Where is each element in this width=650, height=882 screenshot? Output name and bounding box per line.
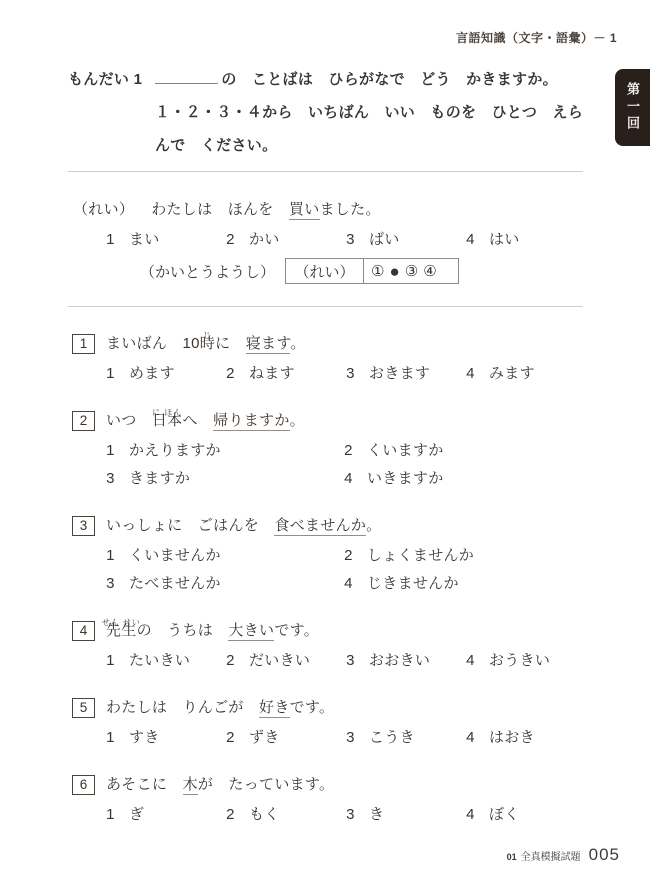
example-label: （れい）	[73, 199, 134, 220]
option-text: こうき	[369, 728, 415, 748]
question-options: 1たいきい2だいきい3おおきい4おうきい	[68, 651, 583, 671]
footer-section-label: 全真模擬試題	[521, 848, 581, 863]
option-text: ずき	[249, 728, 280, 748]
question-sentence: あそこに 木が たっています。	[106, 775, 334, 795]
question-options: 1ぎ2もく3き4ぼく	[68, 805, 583, 825]
option-number: 3	[345, 728, 356, 748]
text-segment: 日本に ほん	[152, 412, 183, 429]
question-sentence-row: 1 まいばん 10時じに 寝ます。	[68, 334, 583, 354]
question-sentence: わたしは りんごが 好きです。	[106, 698, 334, 718]
option-text: じきませんか	[367, 574, 459, 594]
underlined-term: 食べませんか	[274, 517, 366, 536]
answer-option-2: 2しょくませんか	[343, 546, 581, 566]
test-page: 言語知識（文字・語彙）－ 1 第一回 もんだい 1の ことばは ひらがなで どう…	[0, 0, 650, 882]
option-text: もく	[249, 805, 280, 825]
option-number: 2	[225, 230, 236, 250]
text-segment: いつ	[106, 412, 152, 429]
option-text: まい	[129, 230, 160, 250]
question-sentence-row: 5 わたしは りんごが 好きです。	[68, 698, 583, 718]
text-segment: あそこに	[106, 776, 183, 793]
answer-option-3: 3こうき	[345, 728, 465, 748]
footer-page-number: 005	[589, 845, 620, 865]
option-number: 4	[343, 574, 354, 594]
option-number: 1	[105, 364, 116, 384]
text-segment: わたしは ほんを	[151, 201, 289, 218]
option-text: ねます	[249, 364, 295, 384]
answer-option-1: 1めます	[105, 364, 225, 384]
option-text: すき	[129, 728, 160, 748]
option-number: 2	[343, 546, 354, 566]
answer-option-4: 4ぼく	[465, 805, 520, 825]
option-text: めます	[129, 364, 175, 384]
answer-sheet-row: （かいとうようし） （れい） ①●③④	[68, 258, 583, 284]
example-sentence-row: （れい） わたしは ほんを 買いました。	[68, 199, 583, 220]
option-text: しょくませんか	[367, 546, 474, 566]
option-text: かえりますか	[129, 441, 221, 461]
answer-option-2: 2ずき	[225, 728, 345, 748]
answer-sheet-marks: ①●③④	[364, 259, 458, 283]
option-number: 4	[343, 469, 354, 489]
underlined-term: 好き	[259, 699, 290, 718]
answer-option-3: 3き	[345, 805, 465, 825]
option-number: 1	[105, 546, 116, 566]
option-text: はおき	[489, 728, 535, 748]
text-segment: いっしょに ごはんを	[106, 517, 274, 534]
answer-mark: ①	[371, 264, 384, 279]
option-number: 3	[345, 651, 356, 671]
answer-mark: ④	[423, 264, 436, 279]
answer-option-3: 3おおきい	[345, 651, 465, 671]
option-number: 4	[465, 651, 476, 671]
answer-option-1: 1くいませんか	[105, 546, 343, 566]
question-block-1: 1 まいばん 10時じに 寝ます。 1めます2ねます3おきます4みます	[68, 334, 583, 384]
option-text: おきます	[369, 364, 430, 384]
furigana-label: せん せい	[102, 613, 141, 633]
option-text: おおきい	[369, 651, 430, 671]
furigana-label: に ほん	[152, 403, 182, 423]
example-block: （れい） わたしは ほんを 買いました。 1まい2かい3ばい4はい （かいとうよ…	[68, 199, 583, 284]
question-sentence-row: 4 先生せん せいの うちは 大きいです。	[68, 621, 583, 641]
option-number: 4	[465, 728, 476, 748]
answer-option-1: 1かえりますか	[105, 441, 343, 461]
text-segment: 。	[290, 335, 305, 352]
text-segment: へ	[183, 412, 214, 429]
answer-option-4: 4いきますか	[343, 469, 581, 489]
option-text: ぼく	[489, 805, 520, 825]
text-segment: です。	[290, 699, 335, 716]
page-content: もんだい 1の ことばは ひらがなで どう かきますか。 １・２・３・４から い…	[68, 63, 583, 852]
option-number: 3	[345, 364, 356, 384]
question-sentence: まいばん 10時じに 寝ます。	[106, 334, 306, 354]
question-block-2: 2 いつ 日本に ほんへ 帰りますか。 1かえりますか2くいますか3きますか4い…	[68, 411, 583, 489]
option-number: 1	[105, 441, 116, 461]
option-number: 3	[345, 230, 356, 250]
round-tab-label: 第一回	[623, 82, 642, 133]
option-text: はい	[489, 230, 520, 250]
answer-option-3: 3たべませんか	[105, 574, 343, 594]
instruction-block: もんだい 1の ことばは ひらがなで どう かきますか。 １・２・３・４から い…	[68, 63, 583, 162]
option-text: くいますか	[367, 441, 444, 461]
answer-option-1: 1すき	[105, 728, 225, 748]
divider-top	[68, 171, 583, 172]
answer-option-1: 1たいきい	[105, 651, 225, 671]
page-footer: 01 全真模擬試題 005	[507, 845, 620, 865]
question-sentence: いっしょに ごはんを 食べませんか。	[106, 516, 381, 536]
question-number-box: 6	[72, 775, 95, 795]
round-tab: 第一回	[615, 69, 650, 146]
option-text: みます	[489, 364, 535, 384]
option-number: 3	[345, 805, 356, 825]
underlined-term: 寝ます	[246, 335, 291, 354]
mondai-label: もんだい 1	[68, 71, 142, 88]
option-text: ばい	[369, 230, 400, 250]
option-text: ぎ	[129, 805, 144, 825]
question-number-box: 5	[72, 698, 95, 718]
question-block-5: 5 わたしは りんごが 好きです。 1すき2ずき3こうき4はおき	[68, 698, 583, 748]
answer-option-4: 4じきませんか	[343, 574, 581, 594]
answer-option-2: 2だいきい	[225, 651, 345, 671]
option-number: 2	[343, 441, 354, 461]
underlined-term: 買い	[289, 201, 320, 220]
footer-chapter: 01	[507, 852, 517, 862]
question-options: 1すき2ずき3こうき4はおき	[68, 728, 583, 748]
text-segment: に	[215, 335, 246, 352]
option-number: 1	[105, 651, 116, 671]
option-number: 4	[465, 364, 476, 384]
answer-option-1: 1まい	[105, 230, 225, 250]
example-options: 1まい2かい3ばい4はい	[68, 230, 583, 250]
answer-option-2: 2もく	[225, 805, 345, 825]
text-segment: わたしは りんごが	[106, 699, 259, 716]
option-text: だいきい	[249, 651, 310, 671]
answer-mark-filled: ●	[389, 263, 399, 280]
text-segment: 。	[290, 412, 305, 429]
option-number: 1	[105, 230, 116, 250]
underlined-term: 木	[183, 776, 198, 795]
option-text: たべませんか	[129, 574, 221, 594]
option-text: おうきい	[489, 651, 550, 671]
section-title: 言語知識（文字・語彙）－ 1	[456, 31, 617, 45]
instruction-line-1: もんだい 1の ことばは ひらがなで どう かきますか。	[68, 63, 583, 96]
question-block-3: 3 いっしょに ごはんを 食べませんか。 1くいませんか2しょくませんか3たべま…	[68, 516, 583, 594]
option-text: くいませんか	[129, 546, 221, 566]
option-number: 2	[225, 728, 236, 748]
question-sentence: いつ 日本に ほんへ 帰りますか。	[106, 411, 305, 431]
answer-option-3: 3ばい	[345, 230, 465, 250]
answer-mark: ③	[405, 264, 418, 279]
question-number-box: 1	[72, 334, 95, 354]
option-number: 4	[465, 230, 476, 250]
option-number: 2	[225, 364, 236, 384]
text-segment: 時じ	[200, 335, 215, 352]
text-segment: 先生せん せい	[106, 622, 137, 639]
answer-option-3: 3おきます	[345, 364, 465, 384]
question-sentence-row: 6 あそこに 木が たっています。	[68, 775, 583, 795]
text-segment: まいばん 10	[106, 335, 200, 352]
question-options: 1かえりますか2くいますか3きますか4いきますか	[68, 441, 583, 489]
underlined-term: 帰りますか	[213, 412, 290, 431]
option-text: きますか	[129, 469, 190, 489]
option-text: たいきい	[129, 651, 190, 671]
answer-option-3: 3きますか	[105, 469, 343, 489]
answer-option-4: 4おうきい	[465, 651, 550, 671]
answer-option-2: 2くいますか	[343, 441, 581, 461]
underlined-term: 大きい	[228, 622, 274, 641]
option-number: 3	[105, 574, 116, 594]
question-options: 1めます2ねます3おきます4みます	[68, 364, 583, 384]
example-sentence: わたしは ほんを 買いました。	[151, 199, 381, 220]
text-segment: が たっています。	[198, 776, 335, 793]
answer-option-4: 4みます	[465, 364, 535, 384]
option-text: いきますか	[367, 469, 444, 489]
instruction-line-2: １・２・３・４から いちばん いい ものを ひとつ えら	[68, 96, 583, 129]
text-segment: の うちは	[137, 622, 229, 639]
divider-bottom	[68, 306, 583, 307]
question-block-6: 6 あそこに 木が たっています。 1ぎ2もく3き4ぼく	[68, 775, 583, 825]
answer-option-4: 4はい	[465, 230, 520, 250]
option-number: 1	[105, 728, 116, 748]
answer-option-1: 1ぎ	[105, 805, 225, 825]
option-number: 2	[225, 805, 236, 825]
question-options: 1くいませんか2しょくませんか3たべませんか4じきませんか	[68, 546, 583, 594]
question-number-box: 4	[72, 621, 95, 641]
question-number-box: 3	[72, 516, 95, 536]
option-text: かい	[249, 230, 280, 250]
instruction-text-1: の ことばは ひらがなで どう かきますか。	[221, 71, 558, 88]
blank-underline	[155, 71, 218, 85]
page-header: 言語知識（文字・語彙）－ 1	[456, 29, 617, 46]
option-text: き	[369, 805, 384, 825]
question-sentence: 先生せん せいの うちは 大きいです。	[106, 621, 319, 641]
question-list: 1 まいばん 10時じに 寝ます。 1めます2ねます3おきます4みます 2 いつ…	[68, 334, 583, 825]
question-number-box: 2	[72, 411, 95, 431]
option-number: 3	[105, 469, 116, 489]
answer-option-2: 2かい	[225, 230, 345, 250]
option-number: 2	[225, 651, 236, 671]
answer-sheet-label: （かいとうようし）	[140, 261, 275, 282]
text-segment: 。	[366, 517, 381, 534]
answer-option-4: 4はおき	[465, 728, 535, 748]
furigana-label: じ	[203, 326, 212, 346]
option-number: 1	[105, 805, 116, 825]
text-segment: ました。	[320, 201, 381, 218]
answer-sheet-cell-label: （れい）	[286, 259, 364, 283]
question-block-4: 4 先生せん せいの うちは 大きいです。 1たいきい2だいきい3おおきい4おう…	[68, 621, 583, 671]
instruction-line-3: んで ください。	[68, 129, 583, 162]
answer-sheet-box: （れい） ①●③④	[285, 258, 459, 284]
option-number: 4	[465, 805, 476, 825]
question-sentence-row: 2 いつ 日本に ほんへ 帰りますか。	[68, 411, 583, 431]
question-sentence-row: 3 いっしょに ごはんを 食べませんか。	[68, 516, 583, 536]
answer-option-2: 2ねます	[225, 364, 345, 384]
text-segment: です。	[274, 622, 319, 639]
